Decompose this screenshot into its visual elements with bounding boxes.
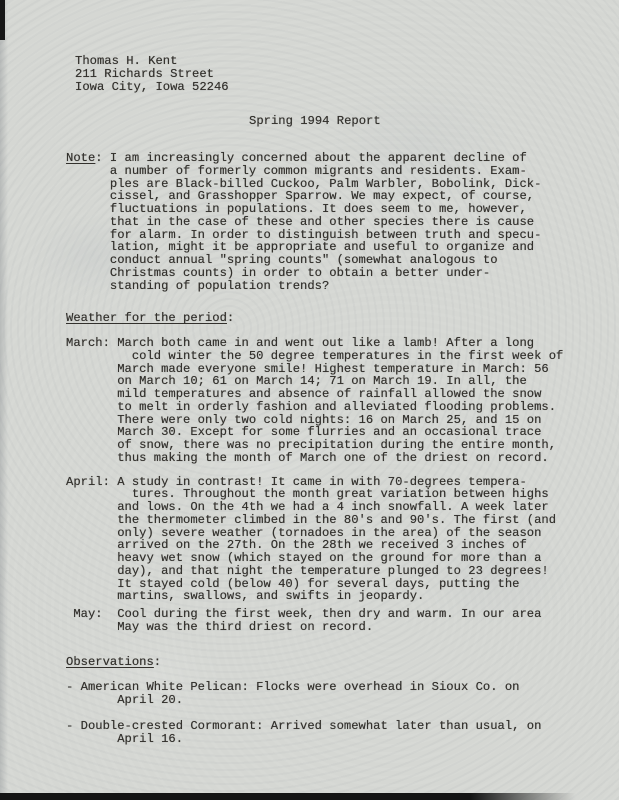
doc-line: of snow, there was no precipitation duri…: [66, 439, 589, 452]
underlined-label: Weather for the period: [66, 311, 227, 325]
doc-line: 211 Richards Street: [75, 68, 589, 81]
sender-address: Thomas H. Kent211 Richards StreetIowa Ci…: [66, 55, 589, 93]
doc-line: mild temperatures and absence of rainfal…: [66, 388, 589, 401]
weather-section-heading: Weather for the period:: [66, 312, 589, 325]
scanned-report-page: { "colors": { "paper": "#d5d7d3", "ink":…: [0, 0, 619, 800]
doc-line: May: Cool during the first week, then dr…: [66, 608, 589, 621]
doc-line: thus making the month of March one of th…: [66, 452, 589, 465]
doc-line: standing of population trends?: [66, 280, 589, 293]
march-weather-paragraph: March: March both came in and went out l…: [66, 337, 589, 465]
doc-line: April 20.: [66, 694, 589, 707]
doc-line: May was the third driest on record.: [66, 621, 589, 634]
doc-line: fluctuations in populations. It does see…: [66, 203, 589, 216]
doc-line: heavy wet snow (which stayed on the grou…: [66, 552, 589, 565]
doc-line: Iowa City, Iowa 52246: [75, 81, 589, 94]
underlined-label: Note: [66, 151, 95, 165]
observation-item-cormorant: - Double-crested Cormorant: Arrived some…: [66, 720, 589, 746]
doc-line: - Double-crested Cormorant: Arrived some…: [66, 720, 589, 733]
doc-line: Thomas H. Kent: [75, 55, 589, 68]
doc-line: cold winter the 50 degree temperatures i…: [66, 350, 589, 363]
doc-line: conduct annual "spring counts" (somewhat…: [66, 254, 589, 267]
observation-item-pelican: - American White Pelican: Flocks were ov…: [66, 681, 589, 707]
document-content: Thomas H. Kent211 Richards StreetIowa Ci…: [0, 0, 619, 800]
doc-line: a number of formerly common migrants and…: [66, 165, 589, 178]
report-title: Spring 1994 Report: [66, 115, 589, 128]
note-paragraph: Note: I am increasingly concerned about …: [66, 152, 589, 292]
doc-line: day), and that night the temperature plu…: [66, 565, 589, 578]
underlined-label: Observations: [66, 655, 154, 669]
doc-line: Observations:: [66, 656, 589, 669]
may-weather-paragraph: May: Cool during the first week, then dr…: [66, 608, 589, 634]
doc-line: Christmas counts) in order to obtain a b…: [66, 267, 589, 280]
doc-line: April 16.: [66, 733, 589, 746]
doc-line: the thermometer climbed in the 80's and …: [66, 514, 589, 527]
doc-line: March: March both came in and went out l…: [66, 337, 589, 350]
doc-line: that in the case of these and other spec…: [66, 216, 589, 229]
doc-line: martins, swallows, and swifts in jeopard…: [66, 590, 589, 603]
doc-line: Note: I am increasingly concerned about …: [66, 152, 589, 165]
doc-line: to melt in orderly fashion and alleviate…: [66, 401, 589, 414]
doc-line: and lows. On the 4th we had a 4 inch sno…: [66, 501, 589, 514]
doc-line: Weather for the period:: [66, 312, 589, 325]
doc-line: Spring 1994 Report: [249, 115, 589, 128]
observations-section-heading: Observations:: [66, 656, 589, 669]
april-weather-paragraph: April: A study in contrast! It came in w…: [66, 476, 589, 604]
